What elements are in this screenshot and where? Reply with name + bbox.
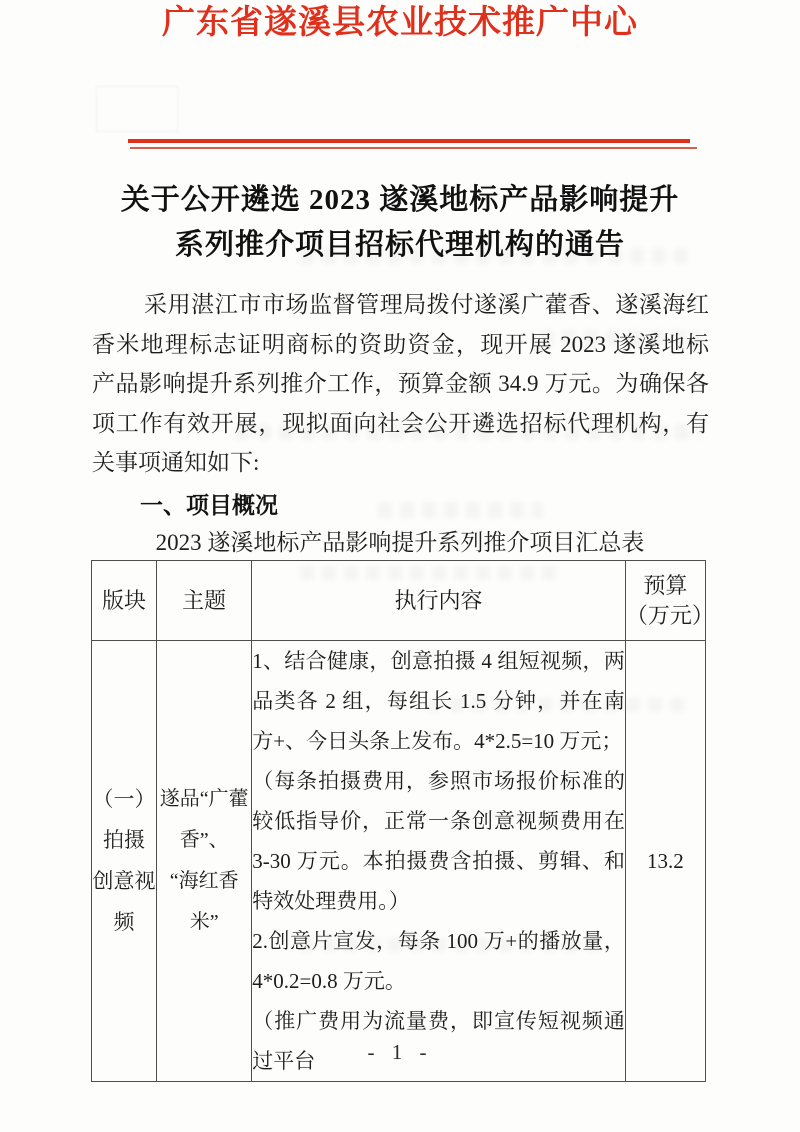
summary-table: 版块 主题 执行内容 预算 （万元） （一） 拍摄 创意视 频 遂品“广藿 香”…: [91, 560, 706, 1082]
summary-table-caption: 2023 遂溪地标产品影响提升系列推介项目汇总表: [60, 530, 740, 556]
page-number: - 1 -: [0, 1040, 800, 1065]
cell-content-1: 1、结合健康，创意拍摄 4 组短视频，两品类各 2 组，每组长 1.5 分钟，并…: [252, 641, 626, 1082]
header-cell-budget: 预算 （万元）: [625, 561, 705, 641]
body-line: 香米地理标志证明商标的资助资金，现开展 2023 遂溪地标: [92, 325, 709, 365]
body-line: 关事项通知如下:: [92, 443, 709, 483]
section-heading-project-overview: 一、项目概况: [140, 492, 278, 518]
summary-table-container: 版块 主题 执行内容 预算 （万元） （一） 拍摄 创意视 频 遂品“广藿 香”…: [91, 560, 706, 1082]
header-cell-content: 执行内容: [252, 561, 626, 641]
notice-title-line-2: 系列推介项目招标代理机构的通告: [60, 223, 740, 268]
letterhead-rule-thick: [128, 139, 690, 143]
body-line: 产品影响提升系列推介工作，预算金额 34.9 万元。为确保各: [92, 364, 709, 404]
body-line: 项工作有效开展，现拟面向社会公开遴选招标代理机构，有: [92, 404, 709, 444]
header-cell-block: 版块: [92, 561, 157, 641]
cell-budget-1: 13.2: [625, 641, 705, 1082]
scanned-notice-page: 广东省遂溪县农业技术推广中心 关于公开遴选 2023 遂溪地标产品影响提升 系列…: [0, 0, 800, 1132]
table-row: （一） 拍摄 创意视 频 遂品“广藿 香”、 “海红香米” 1、结合健康，创意拍…: [92, 641, 706, 1082]
letterhead-rule-thin: [130, 147, 697, 149]
letterhead-org-name: 广东省遂溪县农业技术推广中心: [0, 0, 800, 44]
notice-title: 关于公开遴选 2023 遂溪地标产品影响提升 系列推介项目招标代理机构的通告: [60, 178, 740, 268]
notice-body-paragraph: 采用湛江市市场监督管理局拨付遂溪广藿香、遂溪海红 香米地理标志证明商标的资助资金…: [92, 285, 709, 483]
table-header-row: 版块 主题 执行内容 预算 （万元）: [92, 561, 706, 641]
content-paragraph: 1、结合健康，创意拍摄 4 组短视频，两品类各 2 组，每组长 1.5 分钟，并…: [252, 641, 625, 761]
cell-block-1: （一） 拍摄 创意视 频: [92, 641, 157, 1082]
content-paragraph: 2.创意片宣发，每条 100 万+的播放量，4*0.2=0.8 万元。: [252, 921, 625, 1001]
body-line: 采用湛江市市场监督管理局拨付遂溪广藿香、遂溪海红: [92, 285, 709, 325]
scan-bleed-artifact: [96, 86, 178, 132]
cell-theme-1: 遂品“广藿 香”、 “海红香米”: [157, 641, 252, 1082]
content-paragraph: （每条拍摄费用，参照市场报价标准的较低指导价，正常一条创意视频费用在 3-30 …: [252, 761, 625, 921]
scan-bleed-artifact: [378, 502, 543, 518]
header-cell-theme: 主题: [157, 561, 252, 641]
notice-title-line-1: 关于公开遴选 2023 遂溪地标产品影响提升: [60, 178, 740, 223]
